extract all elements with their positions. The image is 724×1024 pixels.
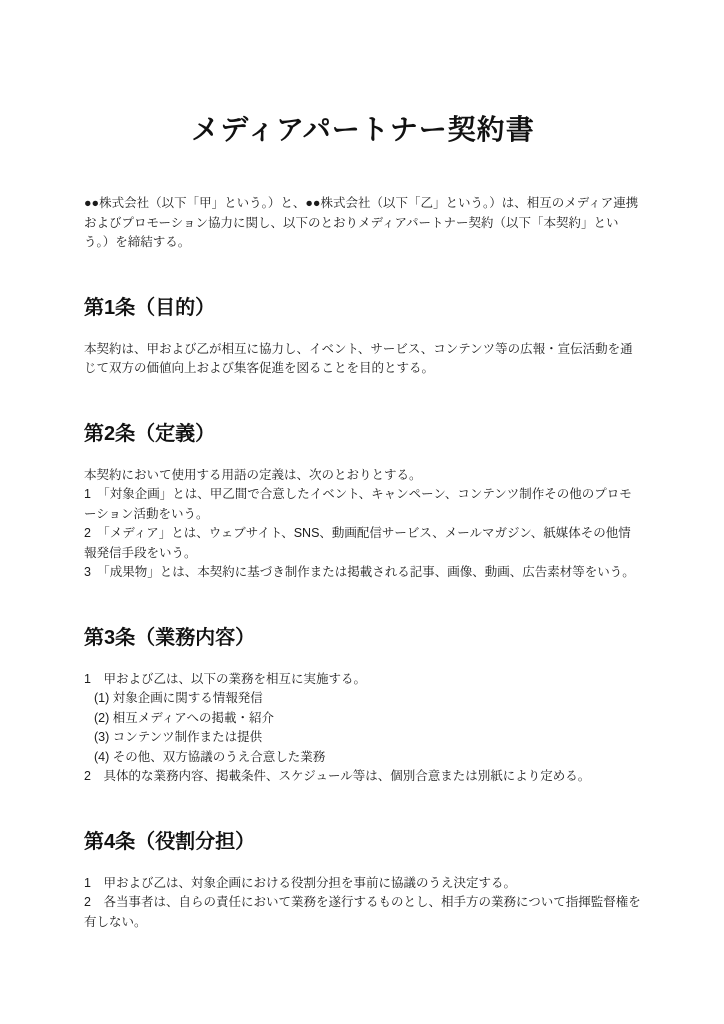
document-content: メディアパートナー契約書 ●●株式会社（以下「甲」という。）と、●●株式会社（以… bbox=[0, 0, 724, 932]
contract-section-4: 第4条（役割分担） 1 甲および乙は、対象企画における役割分担を事前に協議のうえ… bbox=[84, 829, 642, 933]
section-heading: 第3条（業務内容） bbox=[84, 625, 642, 652]
section-2-paragraph-3: 2 「メディア」とは、ウェブサイト、SNS、動画配信サービス、メールマガジン、紙… bbox=[84, 524, 642, 563]
sections-container: 第1条（目的） 本契約は、甲および乙が相互に協力し、イベント、サービス、コンテン… bbox=[84, 295, 642, 933]
section-3-paragraph-5: (4) その他、双方協議のうえ合意した業務 bbox=[84, 748, 642, 768]
section-1-paragraph-1: 本契約は、甲および乙が相互に協力し、イベント、サービス、コンテンツ等の広報・宣伝… bbox=[84, 340, 642, 379]
section-3-paragraph-6: 2 具体的な業務内容、掲載条件、スケジュール等は、個別合意または別紙により定める… bbox=[84, 767, 642, 787]
document-title: メディアパートナー契約書 bbox=[84, 0, 642, 148]
section-4-paragraph-2: 2 各当事者は、自らの責任において業務を遂行するものとし、相手方の業務について指… bbox=[84, 893, 642, 932]
section-2-paragraph-4: 3 「成果物」とは、本契約に基づき制作または掲載される記事、画像、動画、広告素材… bbox=[84, 563, 642, 583]
section-3-paragraph-2: (1) 対象企画に関する情報発信 bbox=[84, 689, 642, 709]
section-body: 本契約は、甲および乙が相互に協力し、イベント、サービス、コンテンツ等の広報・宣伝… bbox=[84, 340, 642, 379]
contract-section-2: 第2条（定義） 本契約において使用する用語の定義は、次のとおりとする。1 「対象… bbox=[84, 421, 642, 583]
section-2-paragraph-2: 1 「対象企画」とは、甲乙間で合意したイベント、キャンペーン、コンテンツ制作その… bbox=[84, 485, 642, 524]
section-heading: 第1条（目的） bbox=[84, 295, 642, 322]
section-body: 本契約において使用する用語の定義は、次のとおりとする。1 「対象企画」とは、甲乙… bbox=[84, 466, 642, 583]
contract-document-page: メディアパートナー契約書 ●●株式会社（以下「甲」という。）と、●●株式会社（以… bbox=[0, 0, 724, 1024]
section-3-paragraph-1: 1 甲および乙は、以下の業務を相互に実施する。 bbox=[84, 670, 642, 690]
section-body: 1 甲および乙は、対象企画における役割分担を事前に協議のうえ決定する。2 各当事… bbox=[84, 874, 642, 933]
contract-section-1: 第1条（目的） 本契約は、甲および乙が相互に協力し、イベント、サービス、コンテン… bbox=[84, 295, 642, 379]
section-2-paragraph-1: 本契約において使用する用語の定義は、次のとおりとする。 bbox=[84, 466, 642, 486]
section-4-paragraph-1: 1 甲および乙は、対象企画における役割分担を事前に協議のうえ決定する。 bbox=[84, 874, 642, 894]
section-body: 1 甲および乙は、以下の業務を相互に実施する。(1) 対象企画に関する情報発信(… bbox=[84, 670, 642, 787]
section-heading: 第4条（役割分担） bbox=[84, 829, 642, 856]
section-3-paragraph-3: (2) 相互メディアへの掲載・紹介 bbox=[84, 709, 642, 729]
section-heading: 第2条（定義） bbox=[84, 421, 642, 448]
preamble-paragraph: ●●株式会社（以下「甲」という。）と、●●株式会社（以下「乙」という。）は、相互… bbox=[84, 194, 642, 253]
section-3-paragraph-4: (3) コンテンツ制作または提供 bbox=[84, 728, 642, 748]
contract-section-3: 第3条（業務内容） 1 甲および乙は、以下の業務を相互に実施する。(1) 対象企… bbox=[84, 625, 642, 787]
